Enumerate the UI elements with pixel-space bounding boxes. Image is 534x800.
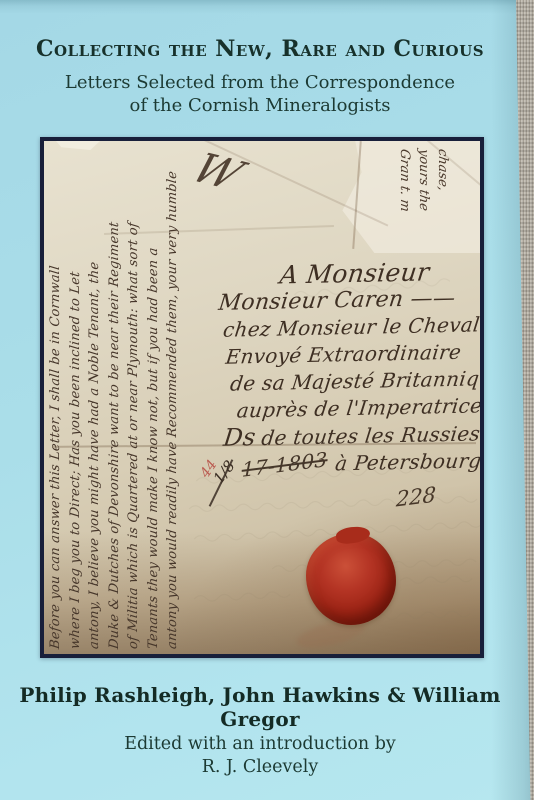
book-subtitle: Letters Selected from the Correspondence… — [0, 72, 520, 117]
edited-by-line: Edited with an introduction by — [0, 733, 520, 756]
cross-writing-line: Before you can answer this Letter, I sha… — [46, 143, 66, 650]
authors-line: Philip Rashleigh, John Hawkins & William… — [0, 683, 520, 731]
subtitle-line-2: of the Cornish Mineralogists — [0, 95, 520, 118]
book-cover-photo: Collecting the New, Rare and Curious Let… — [0, 0, 534, 800]
letter-paper: Before you can answer this Letter, I sha… — [44, 141, 480, 654]
cross-writing-block: Before you can answer this Letter, I sha… — [46, 144, 186, 649]
address-line-text: de toutes les Russies — [260, 421, 480, 450]
address-line: A Monsieur — [278, 255, 480, 288]
cross-writing-line: of Militia which is Quartered at or near… — [124, 143, 144, 650]
cross-writing-line: antony, I believe you might have had a N… — [85, 143, 105, 650]
editor-name: R. J. Cleevely — [0, 756, 520, 779]
cross-writing-line: Duke & Dutches of Devonshire want to be … — [105, 143, 125, 650]
book-title: Collecting the New, Rare and Curious — [0, 36, 520, 62]
address-line-text: à Petersbourg — [334, 448, 480, 475]
letter-photograph: Before you can answer this Letter, I sha… — [40, 137, 484, 658]
postal-mark-number: 228 — [396, 482, 437, 511]
red-wax-seal — [306, 533, 396, 625]
cross-writing-line: where I beg you to Direct; Has you been … — [66, 143, 86, 650]
ink-flourish: Ds — [222, 423, 258, 452]
editor-block: Edited with an introduction by R. J. Cle… — [0, 733, 520, 779]
cross-writing-line: antony you would readily have Recommende… — [163, 143, 183, 650]
subtitle-line-1: Letters Selected from the Correspondence — [0, 72, 520, 95]
address-block: A Monsieur Monsieur Caren —— chez Monsie… — [218, 255, 480, 480]
cross-writing-line: Tenants they would make I know not, but … — [144, 143, 164, 650]
